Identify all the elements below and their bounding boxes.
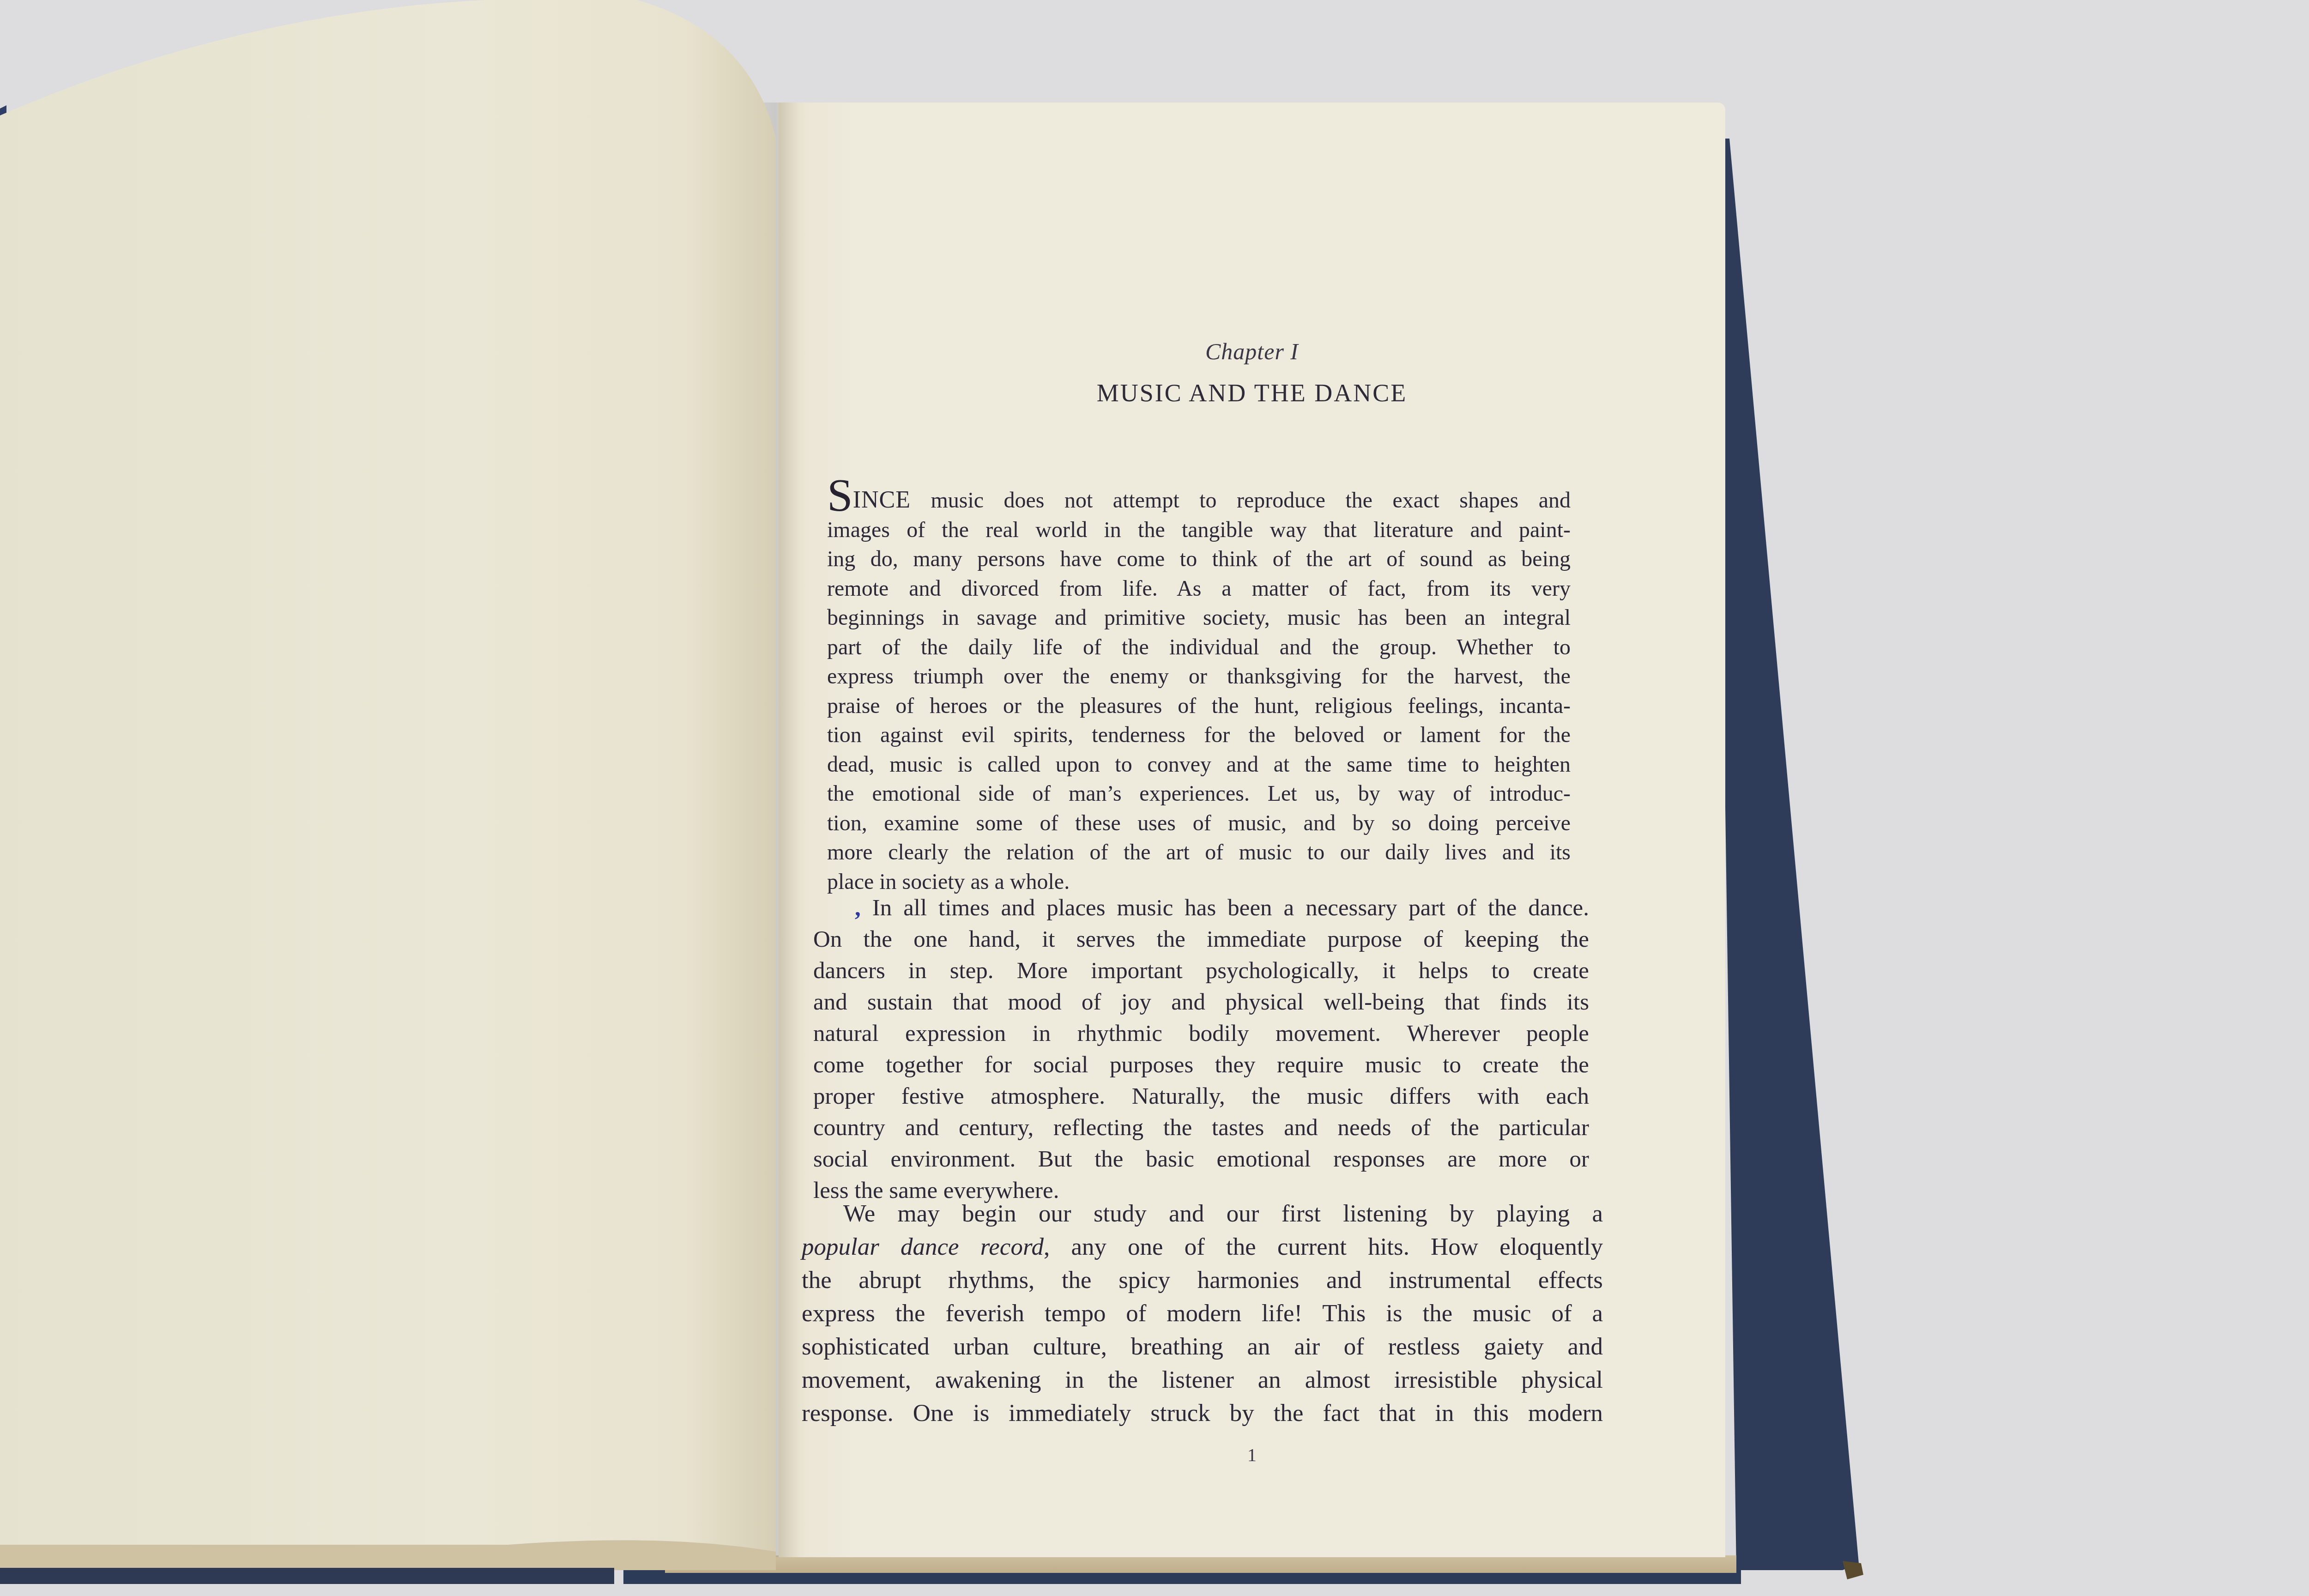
text-line: social environment. But the basic emotio…: [813, 1143, 1589, 1175]
text-line: more clearly the relation of the art of …: [827, 838, 1571, 867]
chapter-title: MUSIC AND THE DANCE: [779, 379, 1725, 407]
left-page: [0, 0, 794, 1596]
paragraph-3: We may begin our study and our first lis…: [802, 1197, 1603, 1430]
text-line: natural expression in rhythmic bodily mo…: [813, 1018, 1589, 1049]
text-line: proper festive atmosphere. Naturally, th…: [813, 1081, 1589, 1112]
italic-phrase: popular dance record: [802, 1233, 1044, 1260]
small-caps-word: INCE: [853, 487, 911, 513]
text-line: come together for social purposes they r…: [813, 1049, 1589, 1081]
text-line: beginnings in savage and primitive socie…: [827, 603, 1571, 633]
paragraph-2: , In all times and places music has been…: [813, 892, 1589, 1206]
text-line: We may begin our study and our first lis…: [802, 1197, 1603, 1230]
text-line: sophisticated urban culture, breathing a…: [802, 1330, 1603, 1363]
text-line: praise of heroes or the pleasures of the…: [827, 691, 1571, 721]
text-line: , In all times and places music has been…: [813, 892, 1589, 924]
paragraph-1: SINCE music does not attempt to reproduc…: [827, 481, 1571, 896]
text-line: express triumph over the enemy or thanks…: [827, 662, 1571, 691]
text-line: On the one hand, it serves the immediate…: [813, 924, 1589, 955]
text-line: express the feverish tempo of modern lif…: [802, 1297, 1603, 1330]
text-line: and sustain that mood of joy and physica…: [813, 986, 1589, 1018]
chapter-label: Chapter I: [779, 338, 1725, 365]
text-line: ing do, many persons have come to think …: [827, 544, 1571, 574]
text-line: dancers in step. More important psycholo…: [813, 955, 1589, 986]
text-line: the emotional side of man’s experiences.…: [827, 779, 1571, 809]
page-number: 1: [779, 1444, 1725, 1466]
text-line: movement, awakening in the listener an a…: [802, 1363, 1603, 1396]
page-block-edge: [665, 1555, 1736, 1573]
text-line: dead, music is called upon to convey and…: [827, 750, 1571, 780]
text-line: tion, examine some of these uses of musi…: [827, 809, 1571, 838]
text-line: country and century, reflecting the tast…: [813, 1112, 1589, 1143]
drop-cap: S: [827, 469, 853, 520]
text-line: remote and divorced from life. As a matt…: [827, 574, 1571, 604]
right-page: Chapter I MUSIC AND THE DANCE SINCE musi…: [779, 103, 1725, 1557]
text-line: images of the real world in the tangible…: [827, 515, 1571, 545]
text-line: SINCE music does not attempt to reproduc…: [827, 481, 1571, 515]
text-line: popular dance record, any one of the cur…: [802, 1230, 1603, 1263]
text-line: tion against evil spirits, tenderness fo…: [827, 720, 1571, 750]
text-line: the abrupt rhythms, the spicy harmonies …: [802, 1263, 1603, 1297]
text-line: part of the daily life of the individual…: [827, 633, 1571, 662]
text-line: response. One is immediately struck by t…: [802, 1396, 1603, 1430]
photo-scene: Chapter I MUSIC AND THE DANCE SINCE musi…: [0, 0, 2309, 1596]
pencil-mark: ,: [855, 895, 861, 921]
